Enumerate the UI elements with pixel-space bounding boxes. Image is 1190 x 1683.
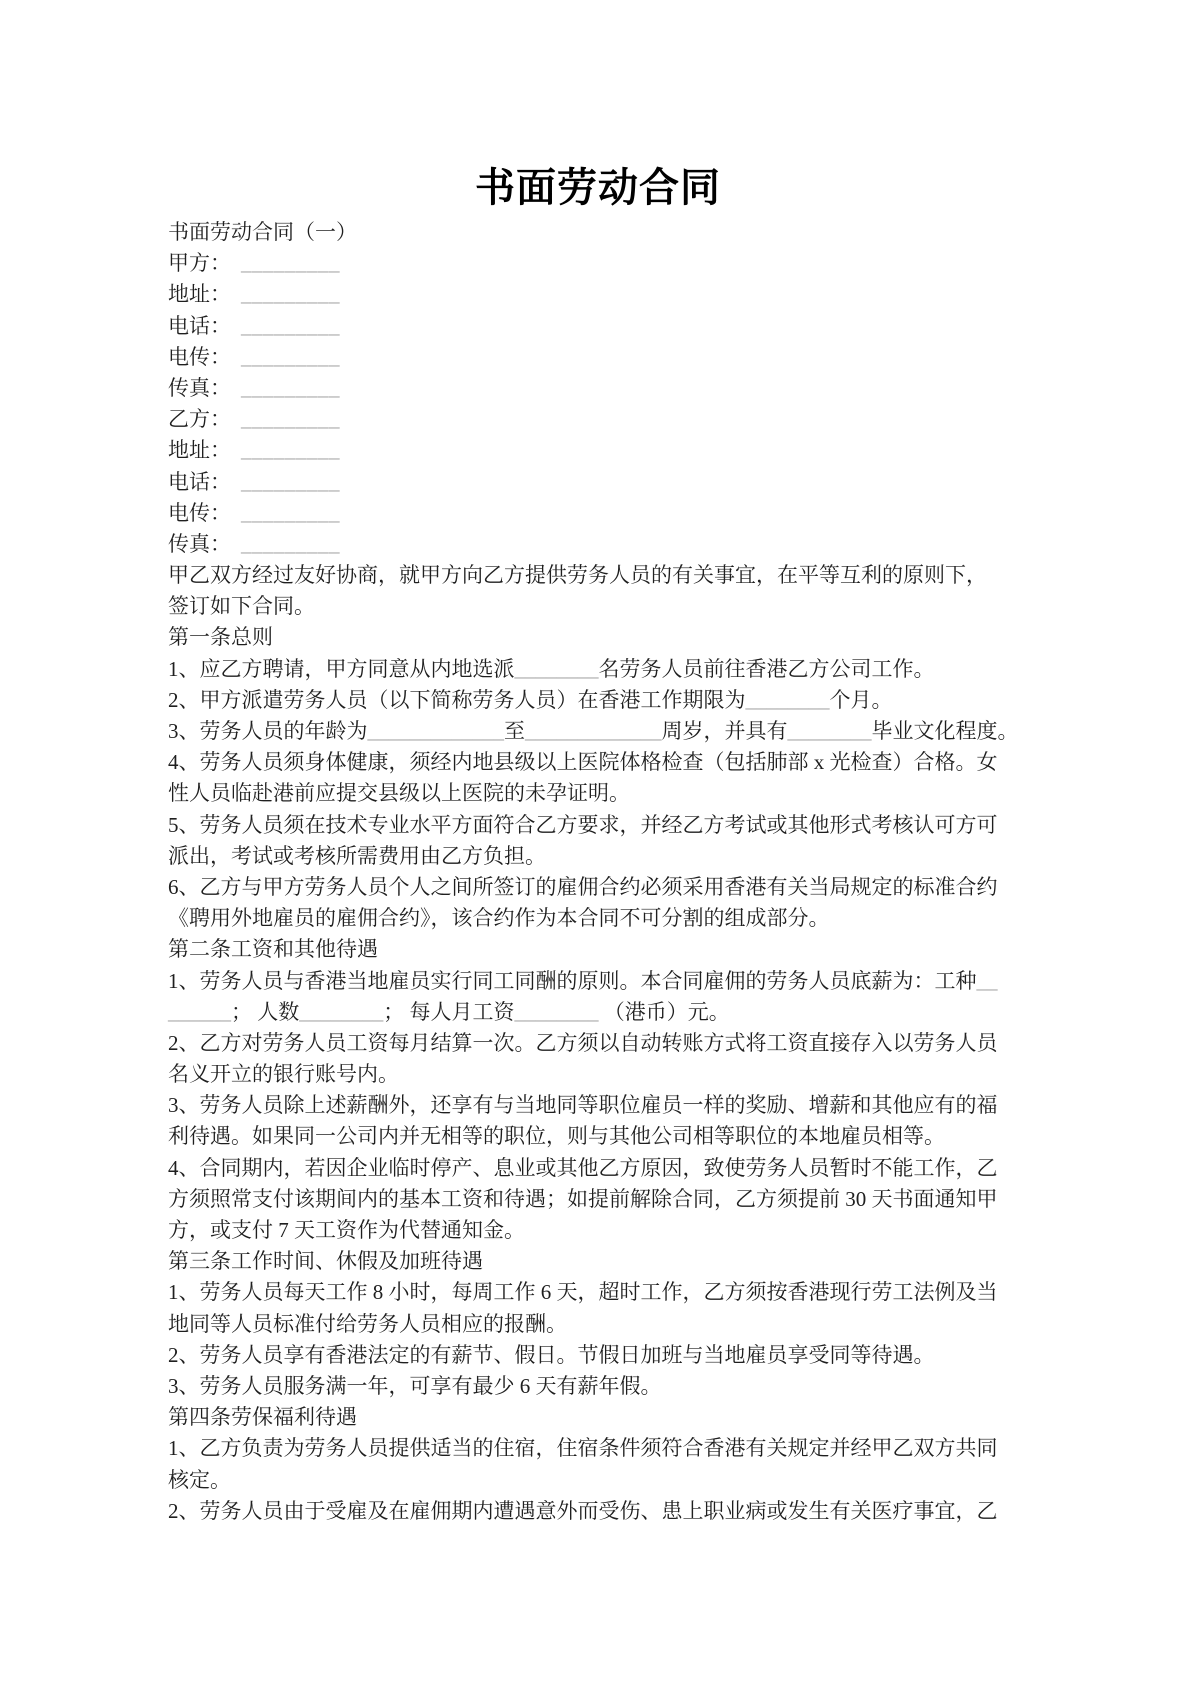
contract-line: 6、乙方与甲方劳务人员个人之间所签订的雇佣合约必须采用香港有关当局规定的标准合约 [168, 872, 1068, 903]
field-row-phone-a: 电话：_________ [168, 311, 1068, 342]
contract-line: 地同等人员标准付给劳务人员相应的报酬。 [168, 1309, 1068, 1340]
contract-line: 3、劳务人员的年龄为_____________至_____________周岁，… [168, 716, 1068, 747]
field-blank: _________ [241, 532, 340, 556]
document-page: 书面劳动合同 书面劳动合同（一） 甲方：_________ 地址：_______… [0, 0, 1190, 1683]
field-label: 电传： [168, 501, 231, 525]
contract-line: 1、应乙方聘请，甲方同意从内地选派________名劳务人员前往香港乙方公司工作… [168, 654, 1068, 685]
contract-line: ______； 人数________； 每人月工资________ （港币）元。 [168, 997, 1068, 1028]
field-row-address-b: 地址：_________ [168, 435, 1068, 466]
contract-line: 方须照常支付该期间内的基本工资和待遇；如提前解除合同，乙方须提前 30 天书面通… [168, 1184, 1068, 1215]
contract-line: 性人员临赴港前应提交县级以上医院的未孕证明。 [168, 778, 1068, 809]
contract-section-heading: 第四条劳保福利待遇 [168, 1402, 1068, 1433]
contract-section-heading: 第一条总则 [168, 622, 1068, 653]
contract-line: 5、劳务人员须在技术专业水平方面符合乙方要求，并经乙方考试或其他形式考核认可方可 [168, 810, 1068, 841]
contract-line: 名义开立的银行账号内。 [168, 1059, 1068, 1090]
field-label: 地址： [168, 282, 231, 306]
field-row-telex-a: 电传：_________ [168, 342, 1068, 373]
field-label: 电话： [168, 314, 231, 338]
field-row-fax-a: 传真：_________ [168, 373, 1068, 404]
field-label: 地址： [168, 438, 231, 462]
contract-line: 甲乙双方经过友好协商，就甲方向乙方提供劳务人员的有关事宜，在平等互利的原则下， [168, 560, 1068, 591]
document-title: 书面劳动合同 [168, 162, 1028, 214]
field-blank: _________ [241, 314, 340, 338]
contract-section-heading: 第二条工资和其他待遇 [168, 934, 1068, 965]
field-label: 传真： [168, 376, 231, 400]
contract-line: 2、劳务人员由于受雇及在雇佣期内遭遇意外而受伤、患上职业病或发生有关医疗事宜，乙 [168, 1496, 1068, 1527]
field-blank: _________ [241, 376, 340, 400]
contract-line: 3、劳务人员除上述薪酬外，还享有与当地同等职位雇员一样的奖励、增薪和其他应有的福 [168, 1090, 1068, 1121]
contract-line: 派出，考试或考核所需费用由乙方负担。 [168, 841, 1068, 872]
field-label: 电传： [168, 345, 231, 369]
field-row-party-b: 乙方：_________ [168, 404, 1068, 435]
field-blank: _________ [241, 407, 340, 431]
contract-line: 2、乙方对劳务人员工资每月结算一次。乙方须以自动转账方式将工资直接存入以劳务人员 [168, 1028, 1068, 1059]
contract-line: 2、甲方派遣劳务人员（以下简称劳务人员）在香港工作期限为________个月。 [168, 685, 1068, 716]
contract-line: 4、合同期内，若因企业临时停产、息业或其他乙方原因，致使劳务人员暂时不能工作，乙 [168, 1153, 1068, 1184]
contract-line: 2、劳务人员享有香港法定的有薪节、假日。节假日加班与当地雇员享受同等待遇。 [168, 1340, 1068, 1371]
document-body: 书面劳动合同（一） 甲方：_________ 地址：_________ 电话：_… [168, 217, 1068, 1527]
contract-line: 核定。 [168, 1465, 1068, 1496]
contract-line: 方，或支付 7 天工资作为代替通知金。 [168, 1215, 1068, 1246]
field-label: 电话： [168, 470, 231, 494]
field-row-phone-b: 电话：_________ [168, 467, 1068, 498]
contract-line: 《聘用外地雇员的雇佣合约》，该合约作为本合同不可分割的组成部分。 [168, 903, 1068, 934]
field-row-fax-b: 传真：_________ [168, 529, 1068, 560]
field-blank: _________ [241, 251, 340, 275]
field-row-address-a: 地址：_________ [168, 279, 1068, 310]
field-blank: _________ [241, 345, 340, 369]
field-label: 乙方： [168, 407, 231, 431]
field-blank: _________ [241, 282, 340, 306]
contract-section-heading: 第三条工作时间、休假及加班待遇 [168, 1246, 1068, 1277]
field-label: 甲方： [168, 251, 231, 275]
contract-line: 4、劳务人员须身体健康，须经内地县级以上医院体格检查（包括肺部 x 光检查）合格… [168, 747, 1068, 778]
contract-line: 3、劳务人员服务满一年，可享有最少 6 天有薪年假。 [168, 1371, 1068, 1402]
contract-line: 1、劳务人员每天工作 8 小时，每周工作 6 天，超时工作，乙方须按香港现行劳工… [168, 1277, 1068, 1308]
document-subtitle: 书面劳动合同（一） [168, 217, 1068, 248]
contract-line: 1、劳务人员与香港当地雇员实行同工同酬的原则。本合同雇佣的劳务人员底薪为：工种_… [168, 966, 1068, 997]
contract-line: 签订如下合同。 [168, 591, 1068, 622]
field-blank: _________ [241, 438, 340, 462]
field-blank: _________ [241, 501, 340, 525]
field-row-telex-b: 电传：_________ [168, 498, 1068, 529]
field-row-party-a: 甲方：_________ [168, 248, 1068, 279]
contract-line: 1、乙方负责为劳务人员提供适当的住宿，住宿条件须符合香港有关规定并经甲乙双方共同 [168, 1433, 1068, 1464]
field-blank: _________ [241, 470, 340, 494]
contract-line: 利待遇。如果同一公司内并无相等的职位，则与其他公司相等职位的本地雇员相等。 [168, 1121, 1068, 1152]
field-label: 传真： [168, 532, 231, 556]
